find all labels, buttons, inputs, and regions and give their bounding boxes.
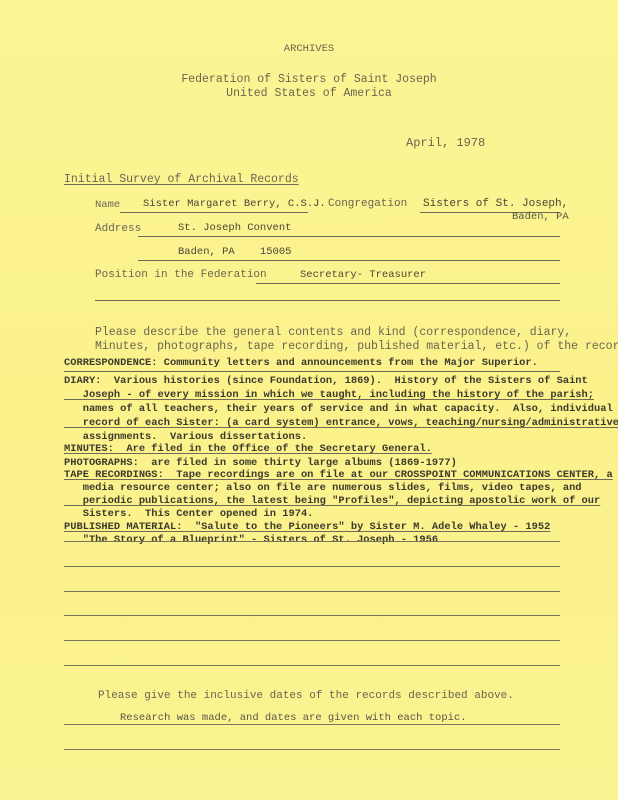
dates-answer-line — [64, 724, 560, 725]
blank-ruled-line — [64, 591, 560, 592]
blank-ruled-line — [64, 566, 560, 567]
diary-entry-line-4: record of each Sister: (a card system) e… — [64, 417, 618, 429]
photographs-entry: PHOTOGRAPHS: are filed in some thirty la… — [64, 457, 457, 469]
diary-entry-line-5: assignments. Various dissertations. — [64, 431, 307, 443]
address-label: Address — [95, 223, 141, 235]
address-field-line-2 — [138, 260, 560, 261]
records-prompt-line-1: Please describe the general contents and… — [95, 326, 571, 339]
congregation-label: Congregation — [328, 198, 407, 210]
blank-ruled-line — [64, 640, 560, 641]
organization-name: Federation of Sisters of Saint Joseph — [0, 73, 618, 86]
address-line-1: St. Joseph Convent — [178, 222, 291, 234]
dates-prompt: Please give the inclusive dates of the r… — [98, 690, 514, 702]
name-value: Sister Margaret Berry, C.S.J. — [143, 198, 326, 210]
correspondence-underline — [64, 371, 560, 372]
name-field-line — [120, 212, 308, 213]
tape-recordings-entry-line-4: Sisters. This Center opened in 1974. — [64, 508, 313, 520]
tape-recordings-entry-line-1: TAPE RECORDINGS: Tape recordings are on … — [64, 469, 613, 481]
document-date: April, 1978 — [406, 136, 485, 150]
congregation-value: Sisters of St. Joseph, — [423, 198, 568, 210]
blank-ruled-line — [64, 541, 560, 542]
dates-answer: Research was made, and dates are given w… — [120, 712, 467, 724]
blank-ruled-line — [64, 615, 560, 616]
position-field-line-2 — [95, 300, 560, 301]
diary-entry-line-2: Joseph - of every mission in which we ta… — [64, 389, 594, 401]
diary-entry-line-1: DIARY: Various histories (since Foundati… — [64, 375, 588, 387]
organization-country: United States of America — [0, 87, 618, 100]
diary-entry-line-3: names of all teachers, their years of se… — [64, 403, 613, 415]
tape-recordings-entry-line-2: media resource center; also on file are … — [64, 482, 582, 494]
address-field-line-1 — [138, 236, 560, 237]
congregation-value-line2: Baden, PA — [512, 211, 569, 223]
document-page: ARCHIVES Federation of Sisters of Saint … — [0, 0, 618, 800]
address-line-2: Baden, PA 15005 — [178, 246, 291, 258]
blank-ruled-line — [64, 665, 560, 666]
survey-title: Initial Survey of Archival Records — [64, 173, 299, 186]
position-value: Secretary- Treasurer — [300, 269, 426, 281]
published-material-entry-line-1: PUBLISHED MATERIAL: "Salute to the Pione… — [64, 521, 550, 533]
records-prompt-line-2: Minutes, photographs, tape recording, pu… — [95, 340, 618, 353]
published-material-entry-line-2: "The Story of a Blueprint" - Sisters of … — [64, 534, 438, 546]
tape-recordings-entry-line-3: periodic publications, the latest being … — [64, 495, 600, 507]
position-label: Position in the Federation — [95, 269, 267, 281]
archives-heading: ARCHIVES — [0, 43, 618, 55]
blank-ruled-line — [64, 749, 560, 750]
position-field-line — [256, 283, 560, 284]
name-label: Name — [95, 199, 120, 211]
minutes-entry: MINUTES: Are filed in the Office of the … — [64, 443, 432, 455]
correspondence-entry: CORRESPONDENCE: Community letters and an… — [64, 357, 538, 369]
